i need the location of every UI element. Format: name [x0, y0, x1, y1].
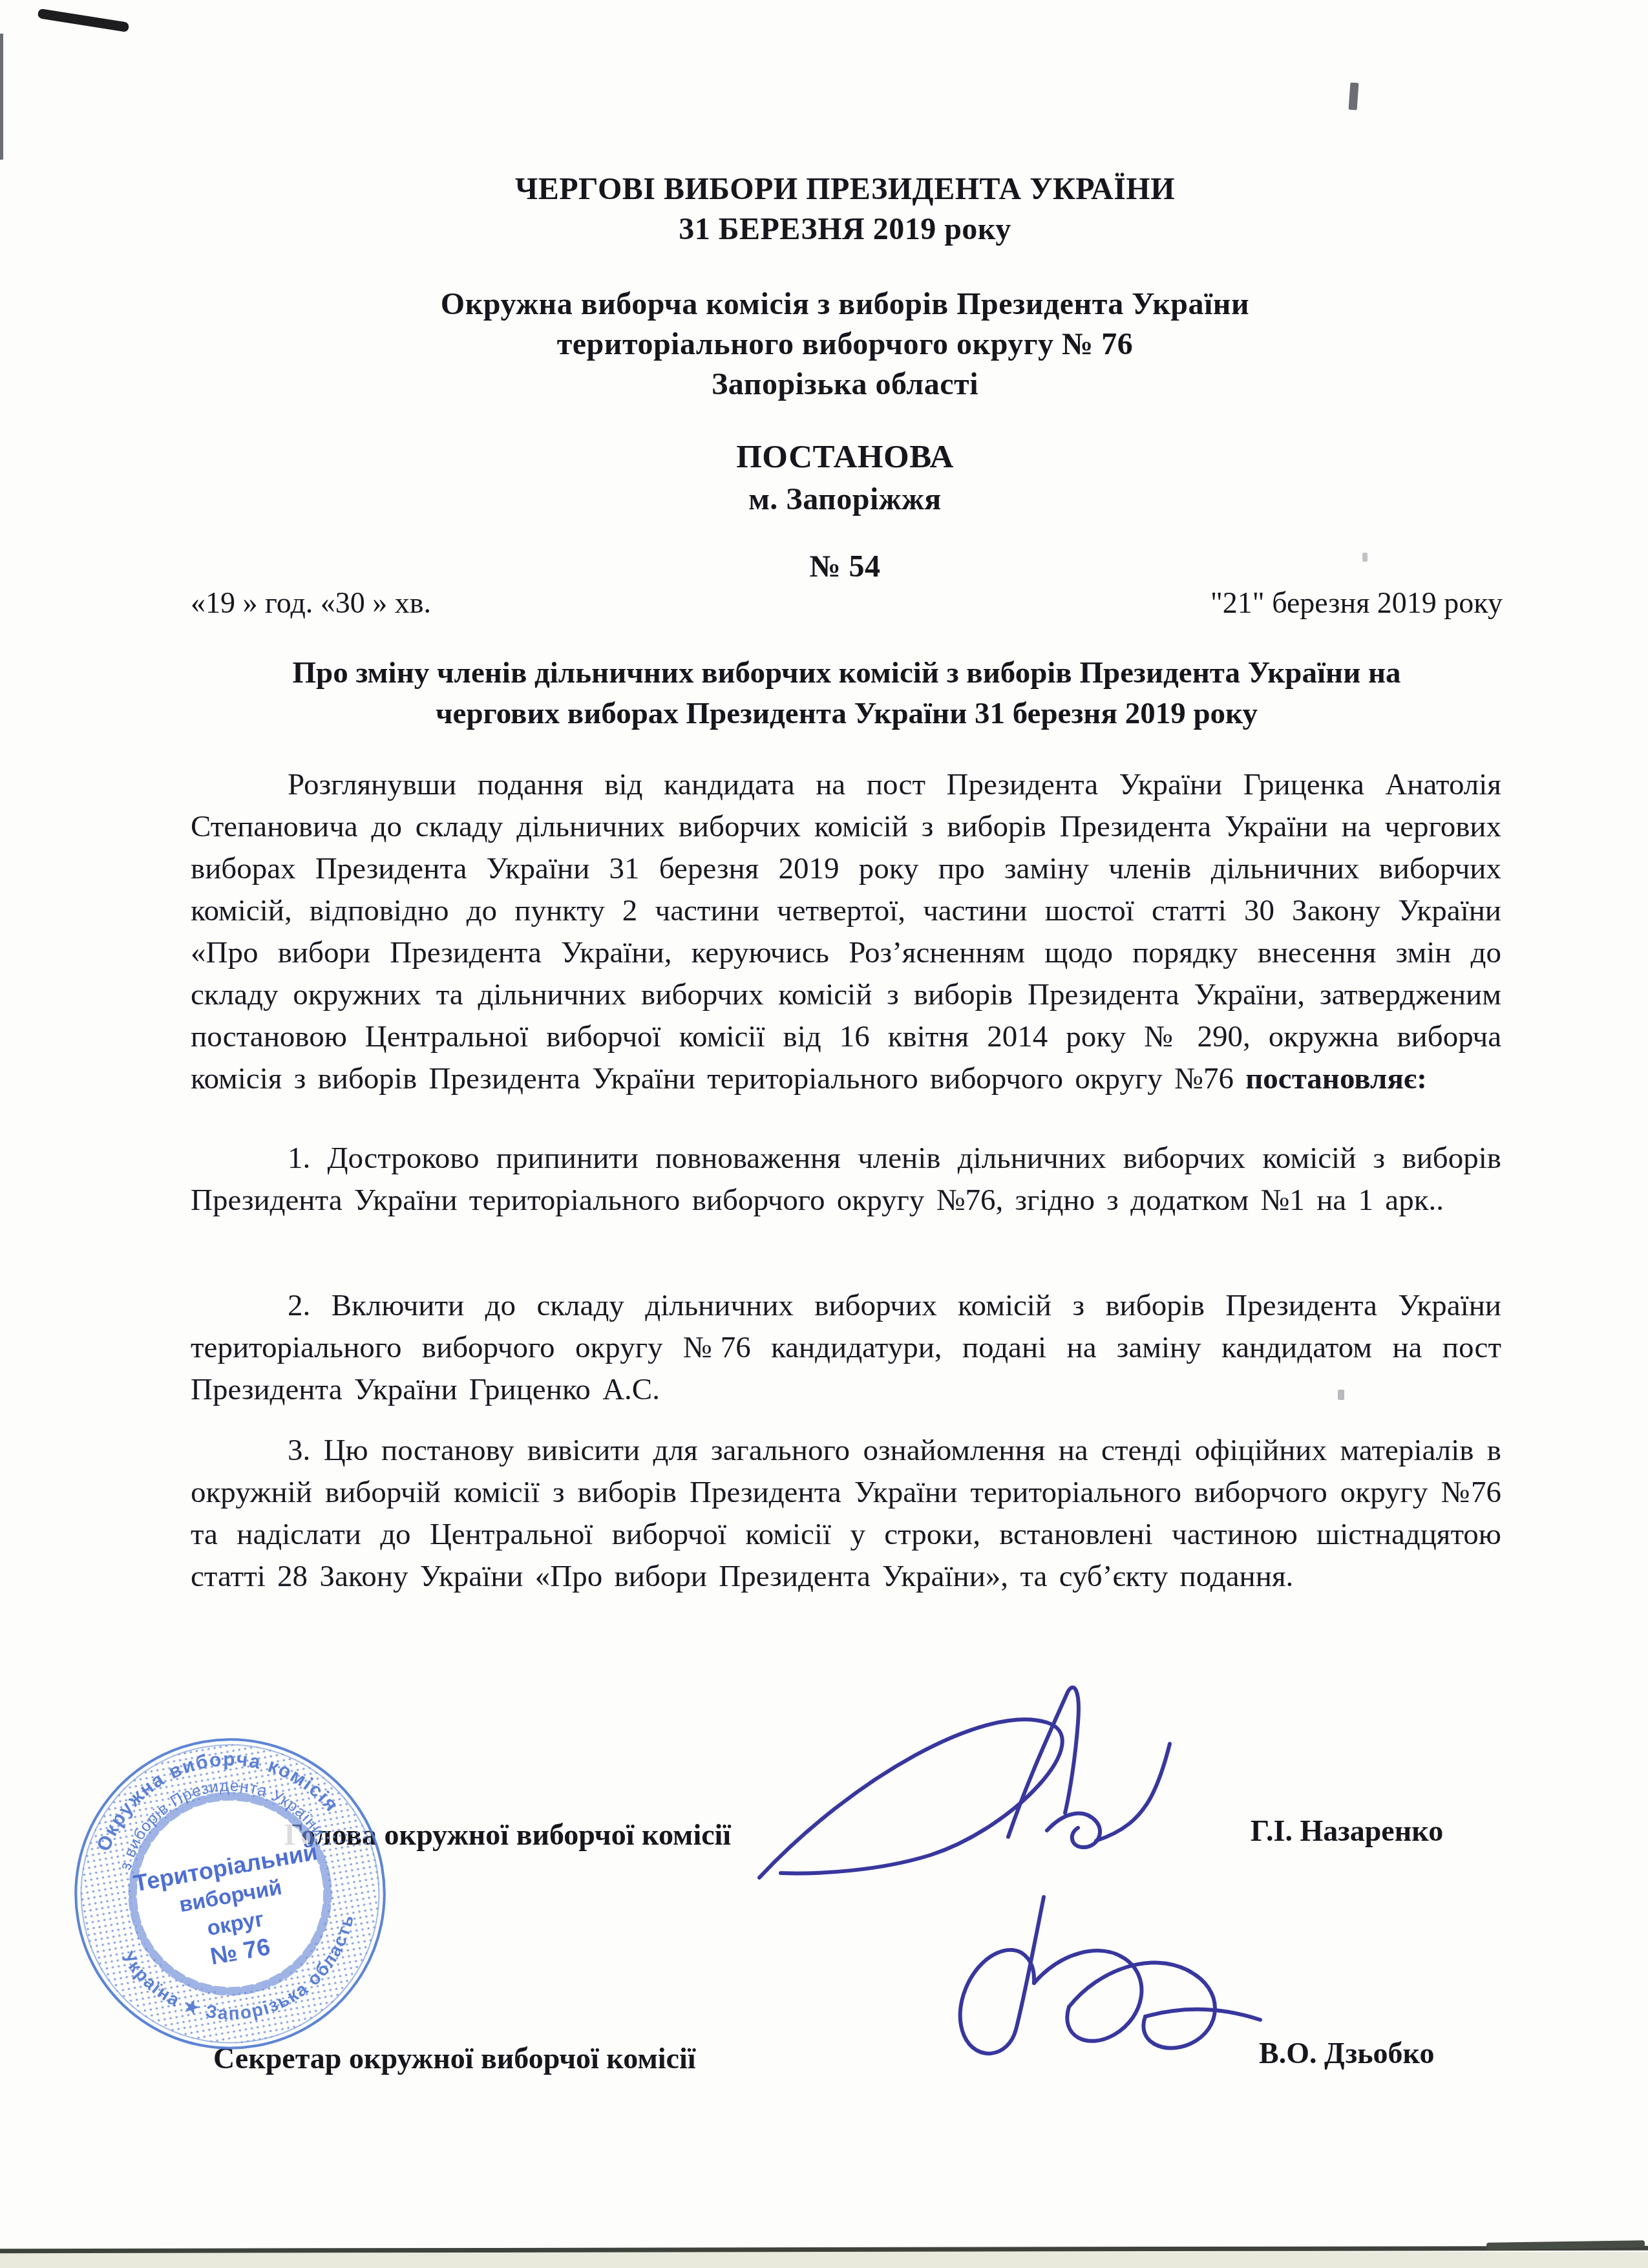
commission-line1: Окружна виборча комісія з виборів Презид… — [191, 284, 1499, 324]
resolution-item-2: 2. Включити до складу дільничних виборчи… — [191, 1285, 1501, 1411]
resolution-word: постановляє: — [1245, 1062, 1427, 1096]
commission-line2: територіального виборчого округу № 76 — [191, 324, 1499, 365]
election-title-line2: 31 БЕРЕЗНЯ 2019 року — [191, 209, 1499, 249]
preamble-paragraph: Розглянувши подання від кандидата на пос… — [191, 764, 1501, 1100]
election-title-line1: ЧЕРГОВІ ВИБОРИ ПРЕЗИДЕНТА УКРАЇНИ — [191, 169, 1499, 209]
commission-title: Окружна виборча комісія з виборів Презид… — [191, 284, 1499, 405]
head-signature-ink — [698, 1661, 1202, 1907]
secretary-signature-ink — [911, 1874, 1312, 2081]
doc-date: "21" березня 2019 року — [1210, 586, 1503, 620]
scan-bottom-paper-edge — [0, 2252, 1648, 2268]
election-title: ЧЕРГОВІ ВИБОРИ ПРЕЗИДЕНТА УКРАЇНИ 31 БЕР… — [191, 169, 1499, 249]
doc-type: ПОСТАНОВА — [191, 437, 1499, 477]
commission-stamp: Окружна виборча комісія з виборів Презид… — [45, 1708, 416, 2080]
doc-number: № 54 — [191, 547, 1499, 587]
commission-line3: Запорізька області — [191, 365, 1499, 405]
scan-edge-shadow — [0, 34, 3, 160]
signature-name-head: Г.І. Назаренко — [1251, 1814, 1443, 1848]
time-date-row: «19 » год. «30 » хв. "21" березня 2019 р… — [191, 586, 1503, 620]
scan-mark-top-left — [37, 8, 130, 32]
subject: Про зміну членів дільничних виборчих ком… — [213, 653, 1480, 734]
session-time: «19 » год. «30 » хв. — [191, 586, 431, 620]
scan-speck — [1349, 83, 1359, 111]
scanned-document-page: ЧЕРГОВІ ВИБОРИ ПРЕЗИДЕНТА УКРАЇНИ 31 БЕР… — [0, 0, 1648, 2268]
resolution-item-1: 1. Достроково припинити повноваження чле… — [191, 1138, 1501, 1222]
subject-line1: Про зміну членів дільничних виборчих ком… — [213, 653, 1480, 694]
resolution-item-3: 3. Цю постанову вивісити для загального … — [191, 1430, 1501, 1598]
preamble-text: Розглянувши подання від кандидата на пос… — [191, 768, 1501, 1096]
subject-line2: чергових виборах Президента України 31 б… — [213, 694, 1480, 734]
doc-city: м. Запоріжжя — [191, 480, 1499, 520]
